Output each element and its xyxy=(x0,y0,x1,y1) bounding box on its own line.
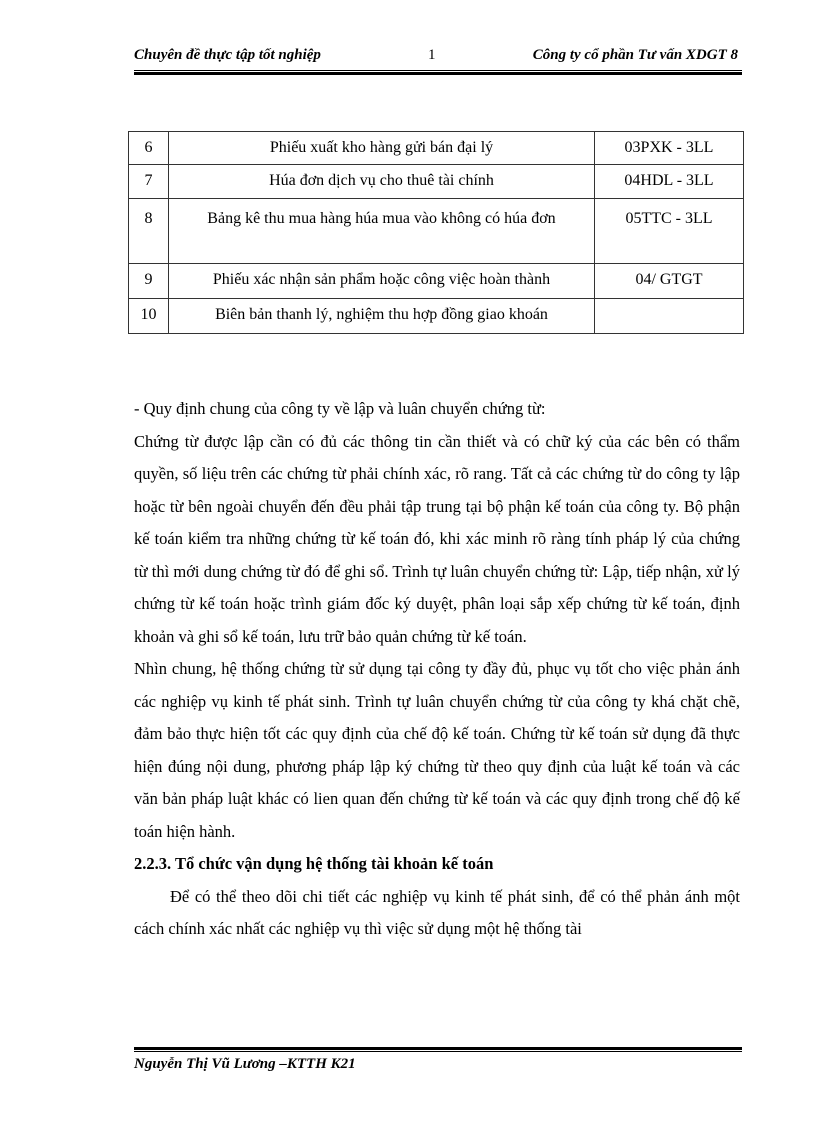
table-row: 8 Bảng kê thu mua hàng húa mua vào không… xyxy=(129,199,744,264)
page-number: 1 xyxy=(428,47,436,64)
document-name: Biên bản thanh lý, nghiệm thu hợp đồng g… xyxy=(169,299,595,334)
paragraph-summary: Nhìn chung, hệ thống chứng từ sử dụng tạ… xyxy=(134,653,740,848)
row-number: 9 xyxy=(129,264,169,299)
document-name: Phiếu xác nhận sản phẩm hoặc công việc h… xyxy=(169,264,595,299)
header-rule-thin xyxy=(134,70,742,71)
paragraph-regulation-details: Chứng từ được lập cần có đủ các thông ti… xyxy=(134,426,740,654)
row-number: 8 xyxy=(129,199,169,264)
document-list-table: 6 Phiếu xuất kho hàng gửi bán đại lý 03P… xyxy=(128,131,744,334)
header-rule-thick xyxy=(134,72,742,75)
table-row: 7 Húa đơn dịch vụ cho thuê tài chính 04H… xyxy=(129,165,744,199)
document-code: 03PXK - 3LL xyxy=(595,132,744,165)
footer-rule-thin xyxy=(134,1051,742,1052)
footer-author: Nguyễn Thị Vũ Lương –KTTH K21 xyxy=(134,1056,356,1073)
document-code xyxy=(595,299,744,334)
body-content: - Quy định chung của công ty về lập và l… xyxy=(134,393,740,946)
row-number: 6 xyxy=(129,132,169,165)
document-code: 04HDL - 3LL xyxy=(595,165,744,199)
document-code: 05TTC - 3LL xyxy=(595,199,744,264)
paragraph-accounts-intro: Để có thể theo dõi chi tiết các nghiệp v… xyxy=(134,881,740,946)
page-header: Chuyên đề thực tập tốt nghiệp 1 Công ty … xyxy=(134,47,742,67)
header-document-title: Chuyên đề thực tập tốt nghiệp xyxy=(134,47,321,64)
paragraph-regulation-intro: - Quy định chung của công ty về lập và l… xyxy=(134,393,740,426)
document-name: Phiếu xuất kho hàng gửi bán đại lý xyxy=(169,132,595,165)
table-row: 6 Phiếu xuất kho hàng gửi bán đại lý 03P… xyxy=(129,132,744,165)
document-name: Húa đơn dịch vụ cho thuê tài chính xyxy=(169,165,595,199)
row-number: 7 xyxy=(129,165,169,199)
table-row: 9 Phiếu xác nhận sản phẩm hoặc công việc… xyxy=(129,264,744,299)
footer-rule-thick xyxy=(134,1047,742,1050)
section-heading: 2.2.3. Tổ chức vận dụng hệ thống tài kho… xyxy=(134,848,740,881)
header-company-name: Công ty cổ phần Tư vấn XDGT 8 xyxy=(533,47,738,64)
table-row: 10 Biên bản thanh lý, nghiệm thu hợp đồn… xyxy=(129,299,744,334)
document-code: 04/ GTGT xyxy=(595,264,744,299)
row-number: 10 xyxy=(129,299,169,334)
document-name: Bảng kê thu mua hàng húa mua vào không c… xyxy=(169,199,595,264)
